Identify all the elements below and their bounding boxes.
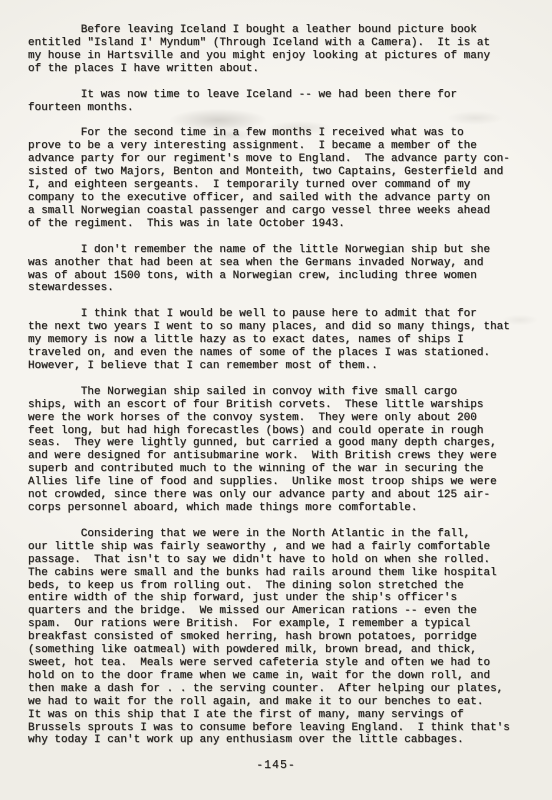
paragraph: I think that I would be well to pause he… — [28, 308, 532, 373]
paragraph: The Norwegian ship sailed in convoy with… — [28, 386, 532, 515]
paragraph: I don't remember the name of the little … — [28, 244, 532, 296]
paragraph: It was now time to leave Iceland -- we h… — [28, 89, 532, 115]
paragraph: For the second time in a few months I re… — [28, 127, 532, 230]
page-number: -145- — [0, 759, 552, 772]
scanned-document-page: Before leaving Iceland I bought a leathe… — [0, 0, 552, 800]
paragraph: Before leaving Iceland I bought a leathe… — [28, 24, 532, 76]
paragraph: Considering that we were in the North At… — [28, 528, 532, 747]
